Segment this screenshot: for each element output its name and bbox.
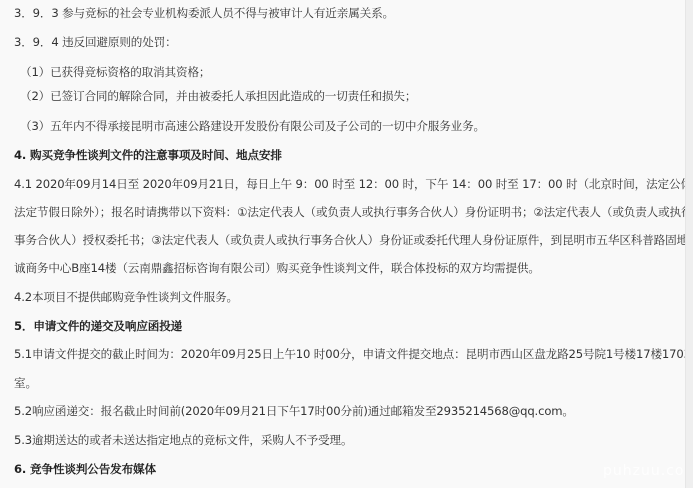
- paragraph-4-1-line-2: 法定节假日除外）；报名时请携带以下资料：①法定代表人（或负责人或执行事务合伙人）…: [14, 202, 692, 222]
- paragraph-4-1-line-1: 4.1 2020年09月14日至 2020年09月21日，每日上午 9：00 时…: [14, 174, 693, 194]
- penalty-item-2: （2）已签订合同的解除合同，并由被委托人承担因此造成的一切责任和损失；: [20, 86, 416, 106]
- clause-3-9-3: 3．9．3 参与竞标的社会专业机构委派人员不得与被审计人有近亲属关系。: [14, 3, 394, 23]
- section-heading-5: 5．申请文件的递交及响应函投递: [14, 316, 182, 336]
- watermark: puhzuu.com: [603, 463, 693, 479]
- clause-3-9-4: 3．9．4 违反回避原则的处罚：: [14, 32, 177, 52]
- section-heading-6: 6. 竞争性谈判公告发布媒体: [14, 459, 156, 479]
- section-heading-4: 4. 购买竞争性谈判文件的注意事项及时间、地点安排: [14, 145, 282, 165]
- paragraph-5-2: 5.2响应函递交：报名截止时间前(2020年09月21日下午17时00分前)通过…: [14, 401, 574, 421]
- paragraph-4-2: 4.2本项目不提供邮购竞争性谈判文件服务。: [14, 287, 238, 307]
- paragraph-5-1-line-2: 室。: [14, 373, 37, 393]
- penalty-item-1: （1）已获得竞标资格的取消其资格；: [20, 62, 210, 82]
- vertical-scrollbar[interactable]: [685, 0, 693, 488]
- paragraph-4-1-line-4: 诚商务中心B座14楼（云南鼎鑫招标咨询有限公司）购买竞争性谈判文件，联合体投标的…: [14, 258, 540, 278]
- document-page: 3．9．3 参与竞标的社会专业机构委派人员不得与被审计人有近亲属关系。 3．9．…: [0, 0, 686, 488]
- paragraph-4-1-line-3: 事务合伙人）授权委托书；③法定代表人（或负责人或执行事务合伙人）身份证或委托代理…: [14, 230, 693, 250]
- paragraph-5-3: 5.3逾期送达的或者未送达指定地点的竞标文件，采购人不予受理。: [14, 430, 352, 450]
- penalty-item-3: （3）五年内不得承接昆明市高速公路建设开发股份有限公司及子公司的一切中介服务业务…: [20, 116, 485, 136]
- paragraph-5-1-line-1: 5.1申请文件提交的截止时间为：2020年09月25日上午10 时00分，申请文…: [14, 344, 693, 364]
